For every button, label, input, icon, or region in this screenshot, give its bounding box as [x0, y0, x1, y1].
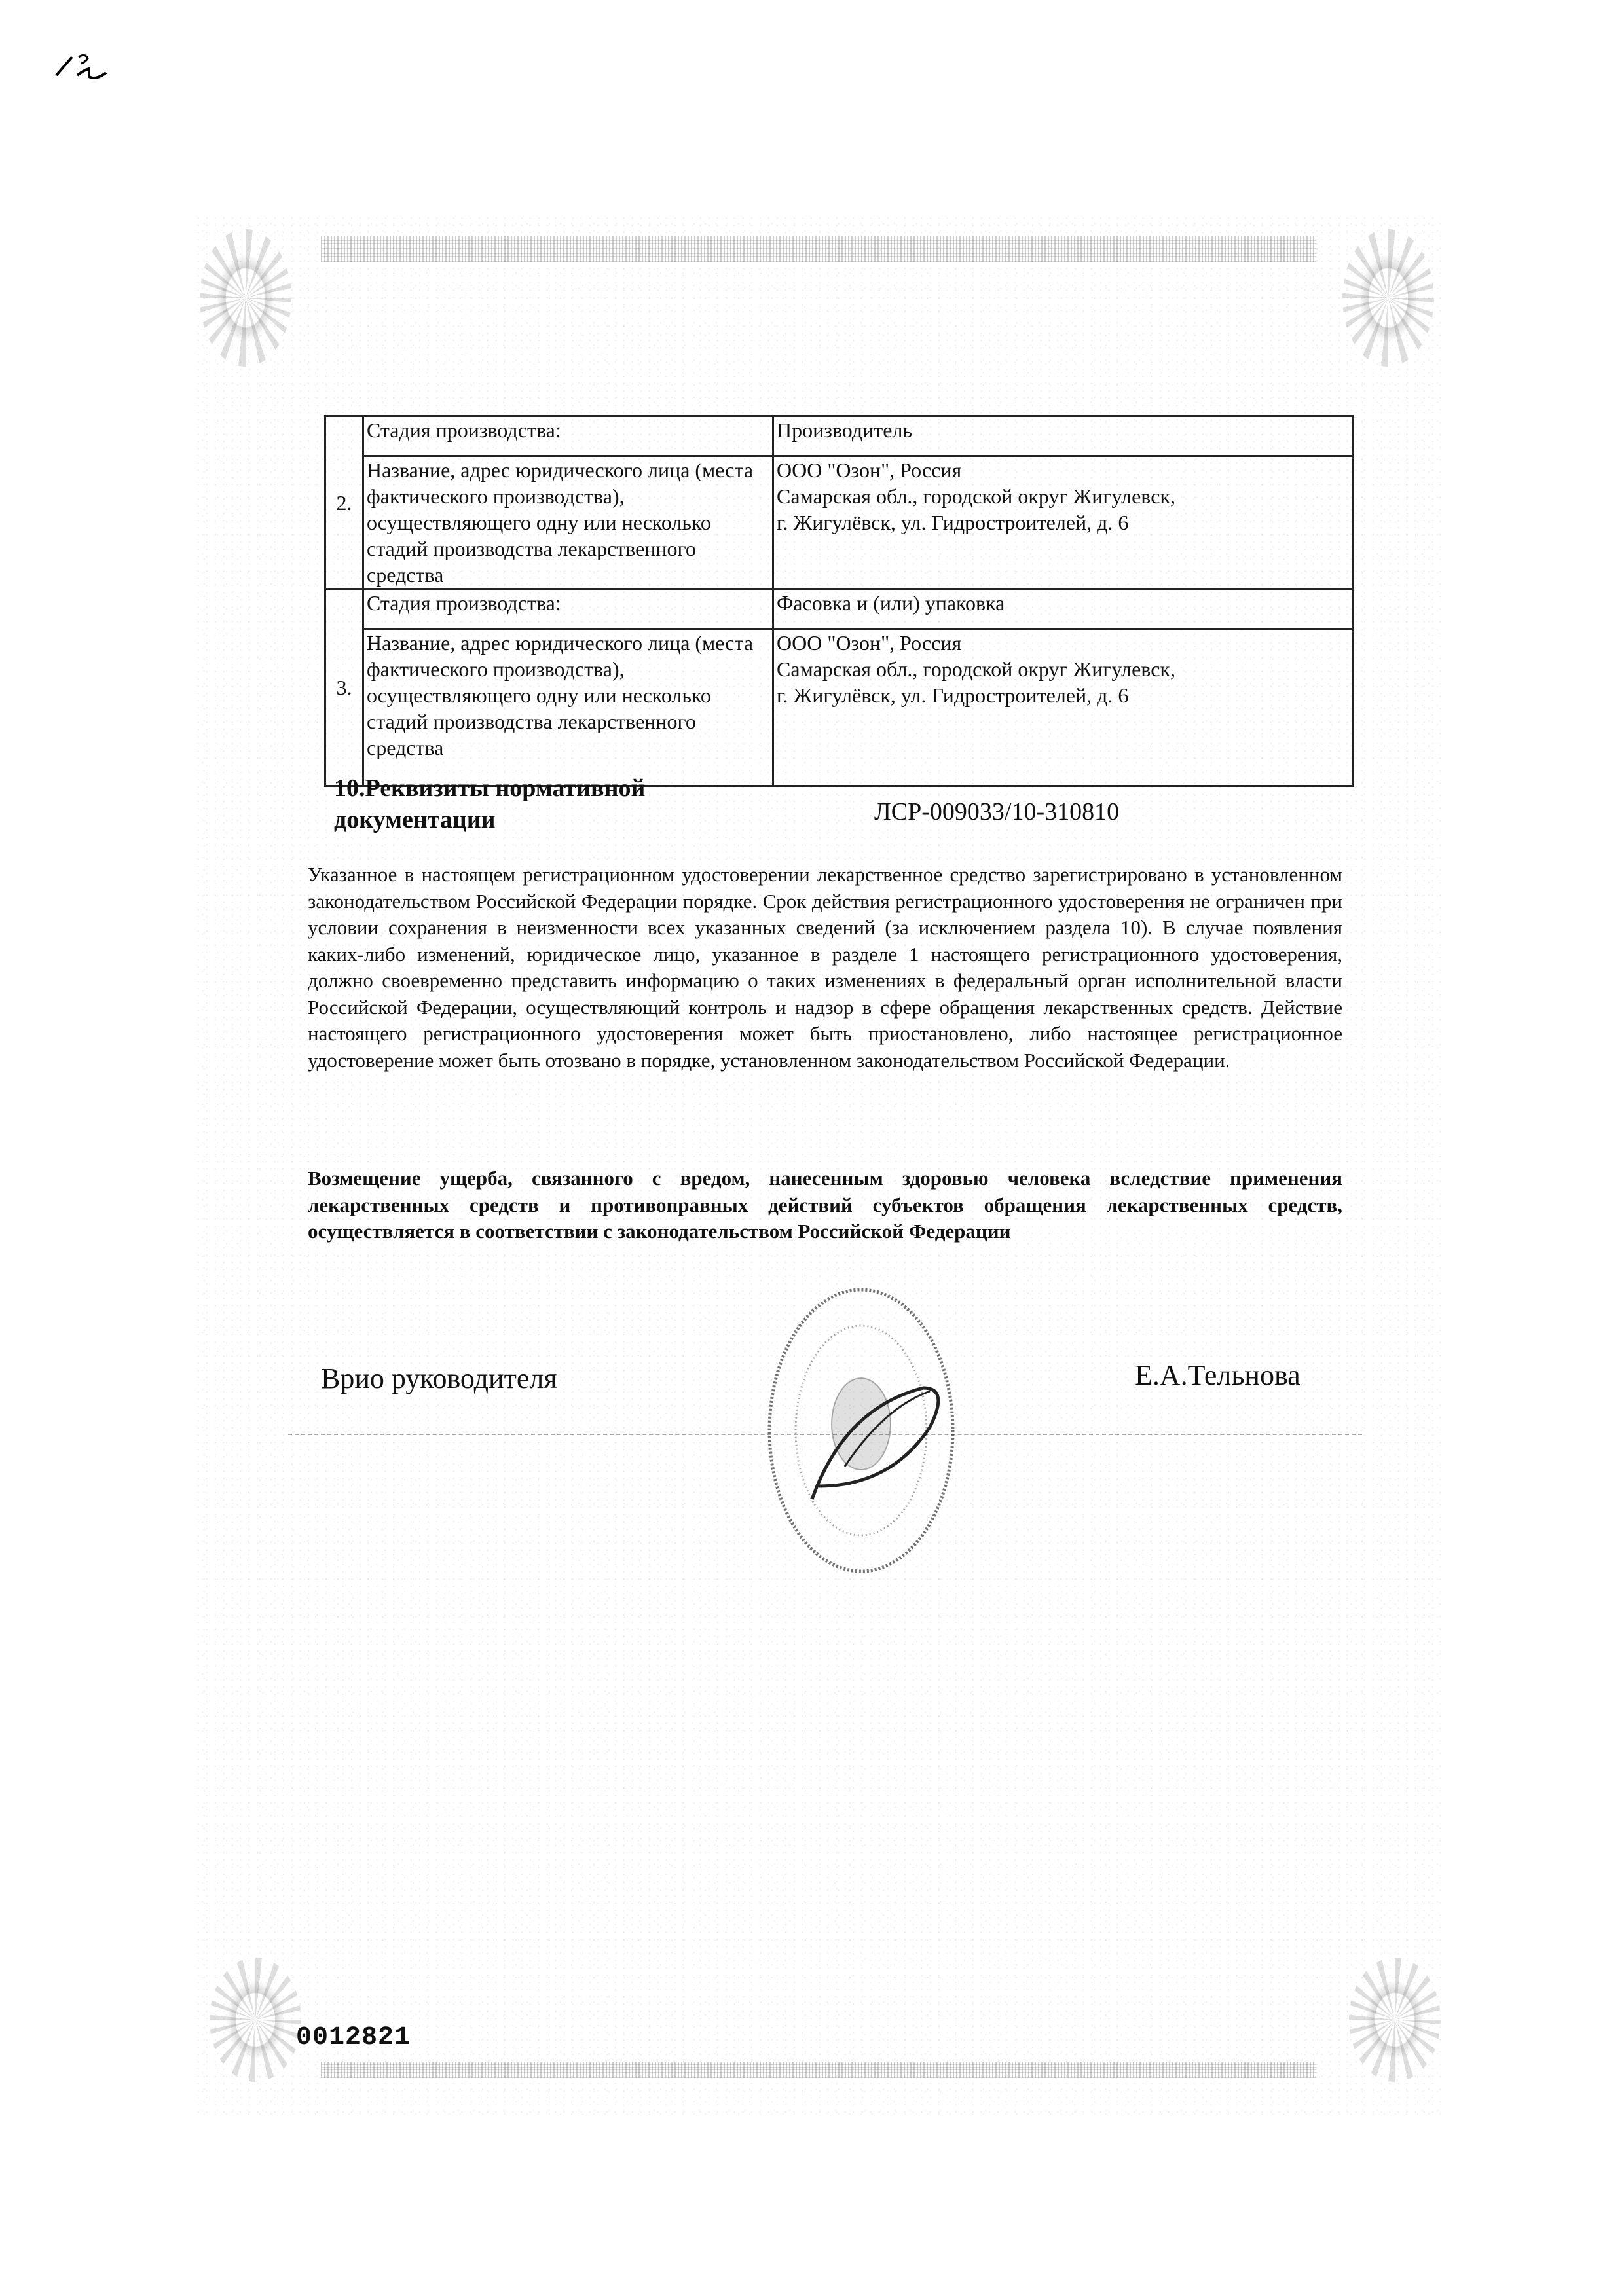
- production-stages-table: 2. Стадия производства: Производитель На…: [324, 415, 1354, 787]
- entity-label: Название, адрес юридического лица (места…: [363, 629, 773, 786]
- stage-value: Производитель: [773, 416, 1354, 456]
- validity-paragraph: Указанное в настоящем регистрационном уд…: [308, 862, 1342, 1074]
- entity-label: Название, адрес юридического лица (места…: [363, 456, 773, 589]
- top-left-rosette-ornament: [200, 229, 291, 367]
- form-serial-number: 0012821: [296, 2023, 411, 2052]
- table-row-2-entity: Название, адрес юридического лица (места…: [325, 456, 1354, 589]
- entity-address-line2: г. Жигулёвск, ул. Гидростроителей, д. 6: [777, 509, 1350, 536]
- table-row-3-entity: Название, адрес юридического лица (места…: [325, 629, 1354, 786]
- handwritten-page-number: [52, 49, 111, 88]
- entity-address-line1: Самарская обл., городской округ Жигулевс…: [777, 483, 1350, 509]
- stage-label: Стадия производства:: [363, 416, 773, 456]
- signatory-position: Врио руководителя: [321, 1362, 557, 1395]
- stage-value: Фасовка и (или) упаковка: [773, 589, 1354, 629]
- damages-paragraph: Возмещение ущерба, связанного с вредом, …: [308, 1165, 1342, 1245]
- entity-name: ООО "Озон", Россия: [777, 457, 1350, 483]
- top-ornamental-border: [321, 236, 1316, 262]
- row-number: 2.: [325, 416, 363, 589]
- top-right-rosette-ornament: [1342, 229, 1434, 367]
- section-10-registration-number: ЛСР-009033/10-310810: [874, 797, 1119, 826]
- entity-cell: ООО "Озон", Россия Самарская обл., город…: [773, 629, 1354, 786]
- table-row-3-stage: 3. Стадия производства: Фасовка и (или) …: [325, 589, 1354, 629]
- bottom-right-rosette-ornament: [1349, 1958, 1441, 2082]
- signatory-name: Е.А.Тельнова: [1135, 1358, 1301, 1392]
- entity-address-line1: Самарская обл., городской округ Жигулевс…: [777, 656, 1350, 682]
- table-row-2-stage: 2. Стадия производства: Производитель: [325, 416, 1354, 456]
- row-number: 3.: [325, 589, 363, 786]
- bottom-left-rosette-ornament: [210, 1958, 301, 2082]
- official-stamp: [714, 1277, 1022, 1584]
- entity-address-line2: г. Жигулёвск, ул. Гидростроителей, д. 6: [777, 682, 1350, 708]
- bottom-ornamental-border: [321, 2062, 1316, 2078]
- entity-name: ООО "Озон", Россия: [777, 630, 1350, 656]
- stage-label: Стадия производства:: [363, 589, 773, 629]
- entity-cell: ООО "Озон", Россия Самарская обл., город…: [773, 456, 1354, 589]
- section-10-title: 10.Реквизиты нормативной документации: [334, 773, 727, 835]
- signature-divider: [288, 1434, 1362, 1435]
